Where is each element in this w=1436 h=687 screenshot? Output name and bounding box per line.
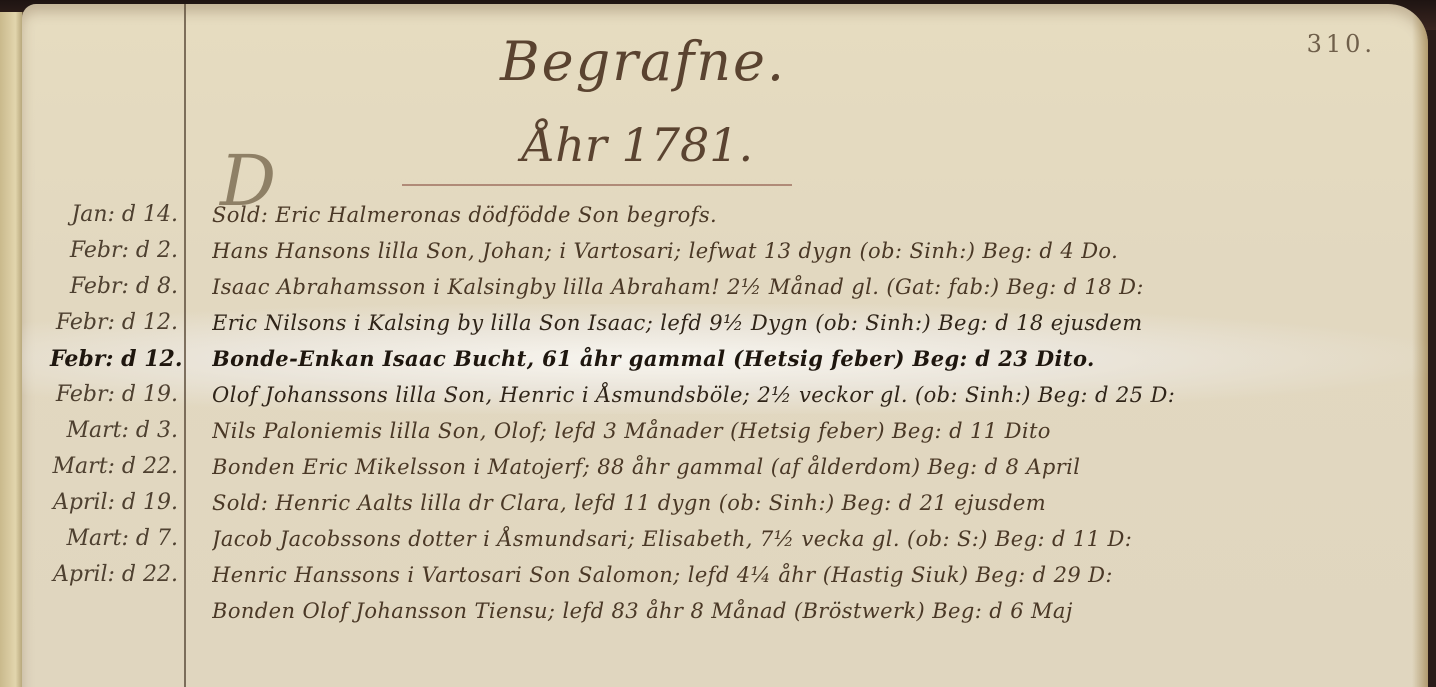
- burial-date: Mart: d 22.: [50, 449, 182, 485]
- register-entry: Bonden Olof Johansson Tiensu; lefd 83 åh…: [212, 593, 1422, 629]
- register-entry: Bonden Eric Mikelsson i Matojerf; 88 åhr…: [212, 449, 1422, 485]
- register-entry: Bonde-Enkan Isaac Bucht, 61 åhr gammal (…: [212, 341, 1422, 377]
- burial-date: Febr: d 12.: [50, 341, 182, 377]
- page-number: 310.: [1307, 30, 1376, 58]
- register-entry: Eric Nilsons i Kalsing by lilla Son Isaa…: [212, 305, 1422, 341]
- burial-date: Febr: d 12.: [50, 305, 182, 341]
- register-entry: Henric Hanssons i Vartosari Son Salomon;…: [212, 557, 1422, 593]
- register-page: 310. Begrafne. Åhr 1781. D Jan: d 14. Fe…: [22, 4, 1428, 687]
- page-year: Åhr 1781.: [522, 118, 753, 172]
- previous-page-edge: [0, 12, 24, 687]
- register-entry: Olof Johanssons lilla Son, Henric i Åsmu…: [212, 377, 1422, 413]
- margin-rule: [184, 4, 186, 687]
- burial-date: Febr: d 8.: [50, 269, 182, 305]
- burial-date: April: d 19.: [50, 485, 182, 521]
- burial-date: April: d 22.: [50, 557, 182, 593]
- register-entry: Sold: Eric Halmeronas dödfödde Son begro…: [212, 197, 1422, 233]
- page-title: Begrafne.: [500, 30, 786, 93]
- register-entry: Sold: Henric Aalts lilla dr Clara, lefd …: [212, 485, 1422, 521]
- register-entry: Isaac Abrahamsson i Kalsingby lilla Abra…: [212, 269, 1422, 305]
- register-entry: Nils Paloniemis lilla Son, Olof; lefd 3 …: [212, 413, 1422, 449]
- register-entry: Hans Hansons lilla Son, Johan; i Vartosa…: [212, 233, 1422, 269]
- burial-date: Febr: d 19.: [50, 377, 182, 413]
- burial-date: Mart: d 7.: [50, 521, 182, 557]
- title-underline: [402, 184, 792, 186]
- burial-date: Mart: d 3.: [50, 413, 182, 449]
- burial-date: Jan: d 14.: [50, 197, 182, 233]
- date-column: Jan: d 14. Febr: d 2. Febr: d 8. Febr: d…: [50, 197, 182, 593]
- register-entry: Jacob Jacobssons dotter i Åsmundsari; El…: [212, 521, 1422, 557]
- burial-date: Febr: d 2.: [50, 233, 182, 269]
- entries-column: Sold: Eric Halmeronas dödfödde Son begro…: [212, 197, 1422, 629]
